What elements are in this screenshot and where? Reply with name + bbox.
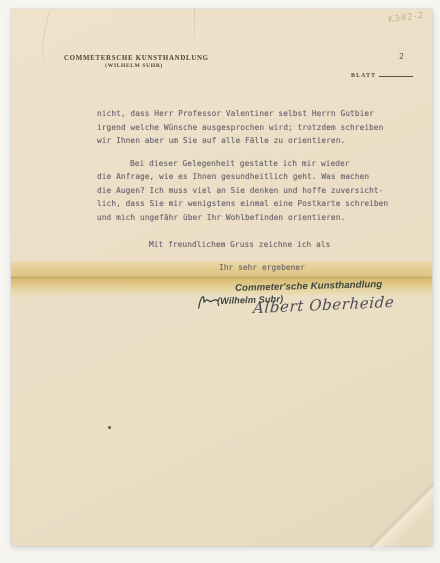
letterhead-firm-name: COMMETERSCHE KUNSTHANDLUNG bbox=[64, 55, 204, 62]
paper-crease-top-left bbox=[37, 10, 65, 64]
body-line: irgend welche Wünsche ausgesprochen wird… bbox=[97, 121, 397, 135]
letterhead: COMMETERSCHE KUNSTHANDLUNG (WILHELM SUHR… bbox=[64, 55, 204, 69]
paper-crease-top-center bbox=[194, 9, 195, 53]
body-line: Bei dieser Gelegenheit gestatte ich mir … bbox=[97, 157, 397, 171]
closing-ergebener-line: Ihr sehr ergebener bbox=[219, 263, 305, 272]
sheet-number-value: 2 bbox=[399, 52, 404, 61]
valediction-line: Mit freundlichem Gruss zeichne ich als bbox=[97, 238, 397, 252]
ink-speck bbox=[108, 426, 111, 429]
letter-paper: K382-2 COMMETERSCHE KUNSTHANDLUNG (WILHE… bbox=[11, 9, 432, 546]
sheet-number-row: BLATT bbox=[351, 62, 413, 81]
scanned-letter-scene: K382-2 COMMETERSCHE KUNSTHANDLUNG (WILHE… bbox=[0, 0, 440, 563]
body-line: wir Ihnen aber um Sie auf alle Fälle zu … bbox=[97, 134, 397, 148]
letterhead-proprietor: (WILHELM SUHR) bbox=[64, 63, 204, 69]
body-line: lich, dass Sie mir wenigstens einmal ein… bbox=[97, 197, 397, 211]
letter-body: nicht, dass Herr Professor Valentiner se… bbox=[97, 107, 397, 251]
body-line: nicht, dass Herr Professor Valentiner se… bbox=[97, 107, 397, 121]
sheet-number-underline bbox=[379, 70, 413, 77]
pencil-inventory-note: K382-2 bbox=[387, 11, 424, 25]
body-line: und mich ungefähr über Ihr Wohlbefinden … bbox=[97, 211, 397, 225]
body-line: die Augen? Ich muss viel an Sie denken u… bbox=[97, 184, 397, 198]
sheet-number-label: BLATT bbox=[351, 73, 376, 79]
paper-fold-bottom-right bbox=[370, 484, 434, 548]
body-line: die Anfrage, wie es Ihnen gesundheitlich… bbox=[97, 170, 397, 184]
